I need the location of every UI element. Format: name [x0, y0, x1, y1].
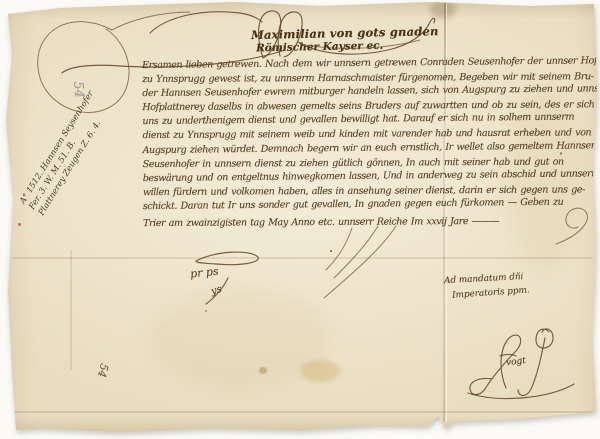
ad-mandatum-note-line2: Imperatoris ppm.: [452, 285, 530, 300]
countersignature-text: vogt: [505, 356, 526, 368]
archival-docket-line: A° 1512. Hannsen Seysenhofer: [17, 52, 119, 206]
per-regem-flourish: [196, 252, 258, 265]
fold-crease-horizontal: [12, 257, 592, 259]
manuscript-paper: Maximilian von gots gnaden Römischer Kay…: [0, 0, 600, 439]
letter-heading-ruler-title: Römischer Kayser ec.: [256, 40, 383, 55]
paper-stain: [300, 360, 340, 382]
pencil-foliation-number: 54: [70, 81, 86, 99]
dateline-descender: [334, 226, 378, 278]
paper-stain: [150, 290, 330, 390]
letter-body-line: Trier am zwainzigisten tag May Anno etc.…: [143, 215, 565, 232]
archival-docket: A° 1512. Hannsen SeysenhoferFer. 3. W. M…: [17, 52, 138, 218]
fold-crease-horizontal: [12, 411, 592, 413]
initial-m-entry-swash: [150, 12, 262, 33]
letter-heading-ruler-name: Maximilian von gots gnaden: [251, 24, 439, 42]
red-ink-speck: [18, 223, 21, 226]
countersignature-underline: [468, 384, 574, 399]
ad-mandatum-note-line1: Ad mandatum dñi: [444, 272, 524, 286]
countersignature-cross-stroke: [500, 355, 516, 357]
dateline-descender: [324, 226, 396, 298]
per-regem-mark: pr ps: [189, 265, 219, 281]
paper-shadow: Maximilian von gots gnaden Römischer Kay…: [0, 0, 600, 439]
photo-stage: Maximilian von gots gnaden Römischer Kay…: [0, 0, 600, 439]
paper-stain: [259, 367, 267, 374]
ink-scribble-number: 54: [95, 362, 111, 379]
dateline-descender: [326, 228, 352, 270]
oval-flourish-tail: [112, 12, 190, 30]
paper-stain: [430, 0, 456, 18]
letter-body: Ersamen lieben getrewen. Nach dem wir un…: [142, 57, 565, 232]
fold-crease-vertical: [70, 250, 72, 370]
ink-speck: [205, 310, 207, 312]
ink-speck: [330, 250, 332, 252]
per-regem-mark-flourish-text: ys: [210, 284, 223, 298]
